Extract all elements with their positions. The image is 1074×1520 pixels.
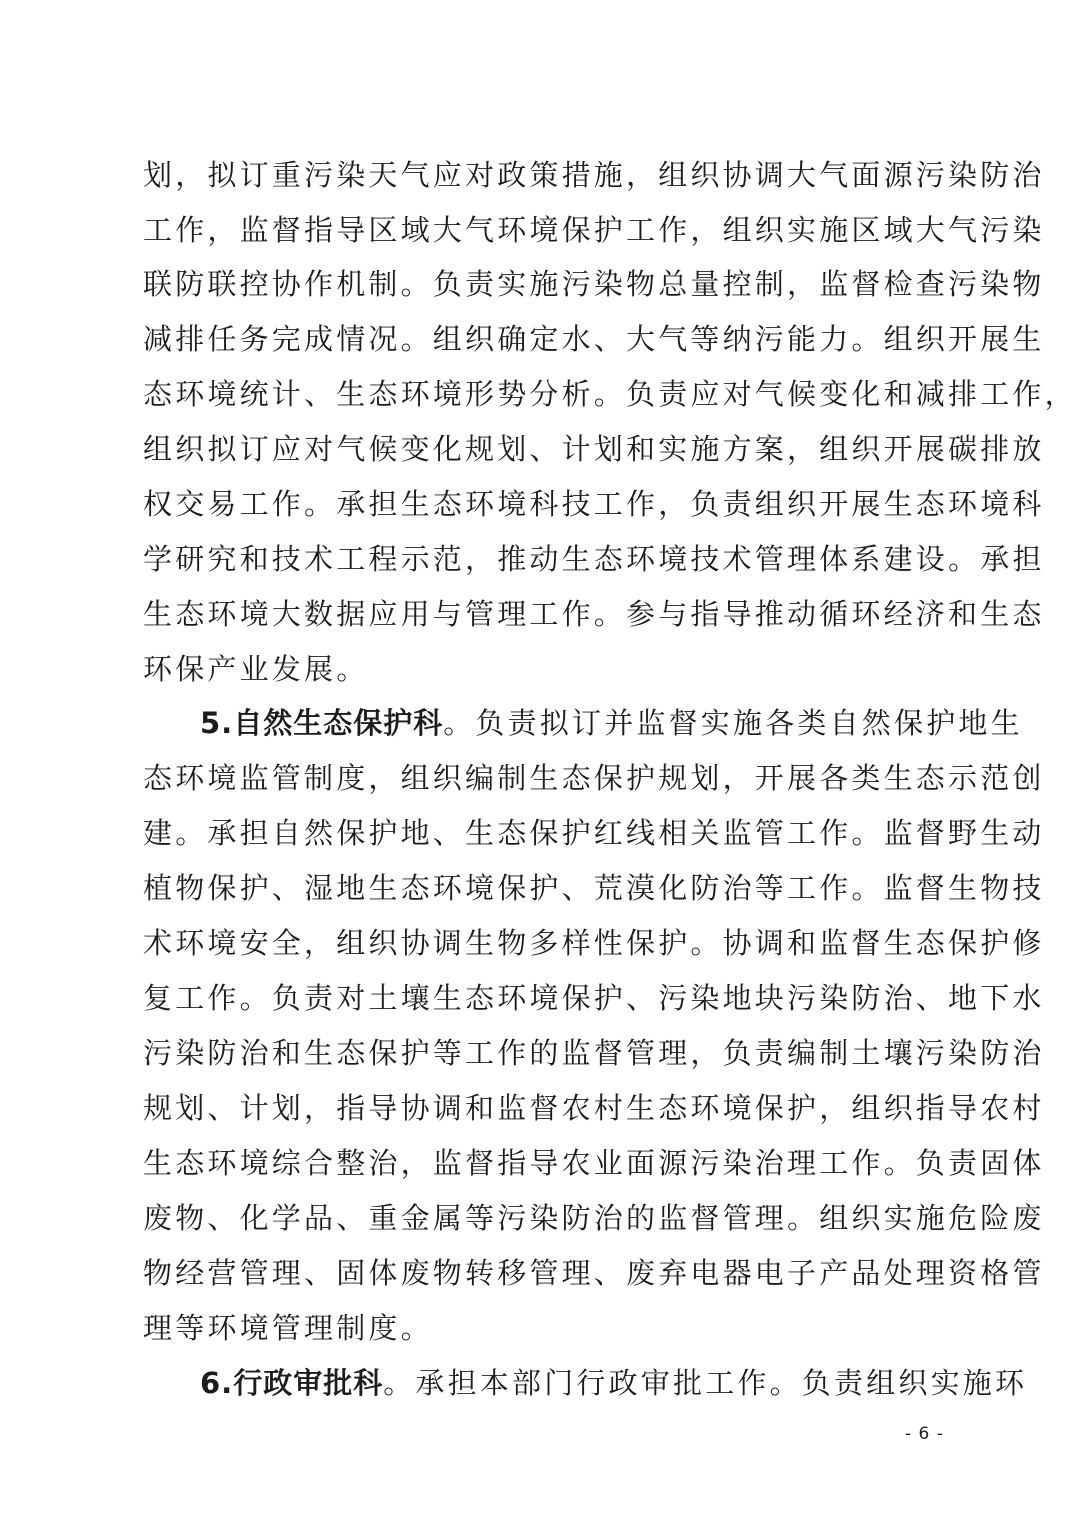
body-text-line: 组织拟订应对气候变化规划、计划和实施方案，组织开展碳排放	[143, 429, 943, 469]
body-text-line: 态环境统计、生态环境形势分析。负责应对气候变化和减排工作，	[143, 374, 943, 414]
section-6-first-line: 6.行政审批科。承担本部门行政审批工作。负责组织实施环	[200, 1363, 943, 1403]
section-6-heading: 6.行政审批科	[200, 1366, 383, 1400]
body-text-line: 态环境监管制度，组织编制生态保护规划，开展各类生态示范创	[143, 758, 943, 798]
body-text-line: 建。承担自然保护地、生态保护红线相关监管工作。监督野生动	[143, 813, 943, 853]
section-5-first-line: 5.自然生态保护科。负责拟订并监督实施各类自然保护地生	[200, 703, 943, 743]
page-number: - 6 -	[905, 1424, 944, 1444]
body-text-line: 生态环境大数据应用与管理工作。参与指导推动循环经济和生态	[143, 594, 943, 634]
body-text-line: 术环境安全，组织协调生物多样性保护。协调和监督生态保护修	[143, 923, 943, 963]
body-text-line: 废物、化学品、重金属等污染防治的监督管理。组织实施危险废	[143, 1198, 943, 1238]
body-text-line: 污染防治和生态保护等工作的监督管理，负责编制土壤污染防治	[143, 1033, 943, 1073]
body-text-line: 物经营管理、固体废物转移管理、废弃电器电子产品处理资格管	[143, 1253, 943, 1293]
body-text-line: 理等环境管理制度。	[143, 1308, 943, 1348]
body-text-line: 划，拟订重污染天气应对政策措施，组织协调大气面源污染防治	[143, 155, 943, 195]
body-text-line: 联防联控协作机制。负责实施污染物总量控制，监督检查污染物	[143, 264, 943, 304]
body-text-line: 环保产业发展。	[143, 649, 943, 689]
section-5-heading: 5.自然生态保护科	[200, 706, 443, 740]
section-5-intro-text: 。负责拟订并监督实施各类自然保护地生	[443, 706, 1023, 740]
body-text-line: 复工作。负责对土壤生态环境保护、污染地块污染防治、地下水	[143, 978, 943, 1018]
body-text-line: 减排任务完成情况。组织确定水、大气等纳污能力。组织开展生	[143, 319, 943, 359]
body-text-line: 植物保护、湿地生态环境保护、荒漠化防治等工作。监督生物技	[143, 868, 943, 908]
body-text-line: 规划、计划，指导协调和监督农村生态环境保护，组织指导农村	[143, 1088, 943, 1128]
body-text-line: 生态环境综合整治，监督指导农业面源污染治理工作。负责固体	[143, 1143, 943, 1183]
body-text-line: 权交易工作。承担生态环境科技工作，负责组织开展生态环境科	[143, 484, 943, 524]
body-text-line: 工作，监督指导区域大气环境保护工作，组织实施区域大气污染	[143, 210, 943, 250]
section-6-intro-text: 。承担本部门行政审批工作。负责组织实施环	[383, 1366, 1027, 1400]
body-text-line: 学研究和技术工程示范，推动生态环境技术管理体系建设。承担	[143, 539, 943, 579]
document-page: 划，拟订重污染天气应对政策措施，组织协调大气面源污染防治 工作，监督指导区域大气…	[0, 0, 1074, 1520]
